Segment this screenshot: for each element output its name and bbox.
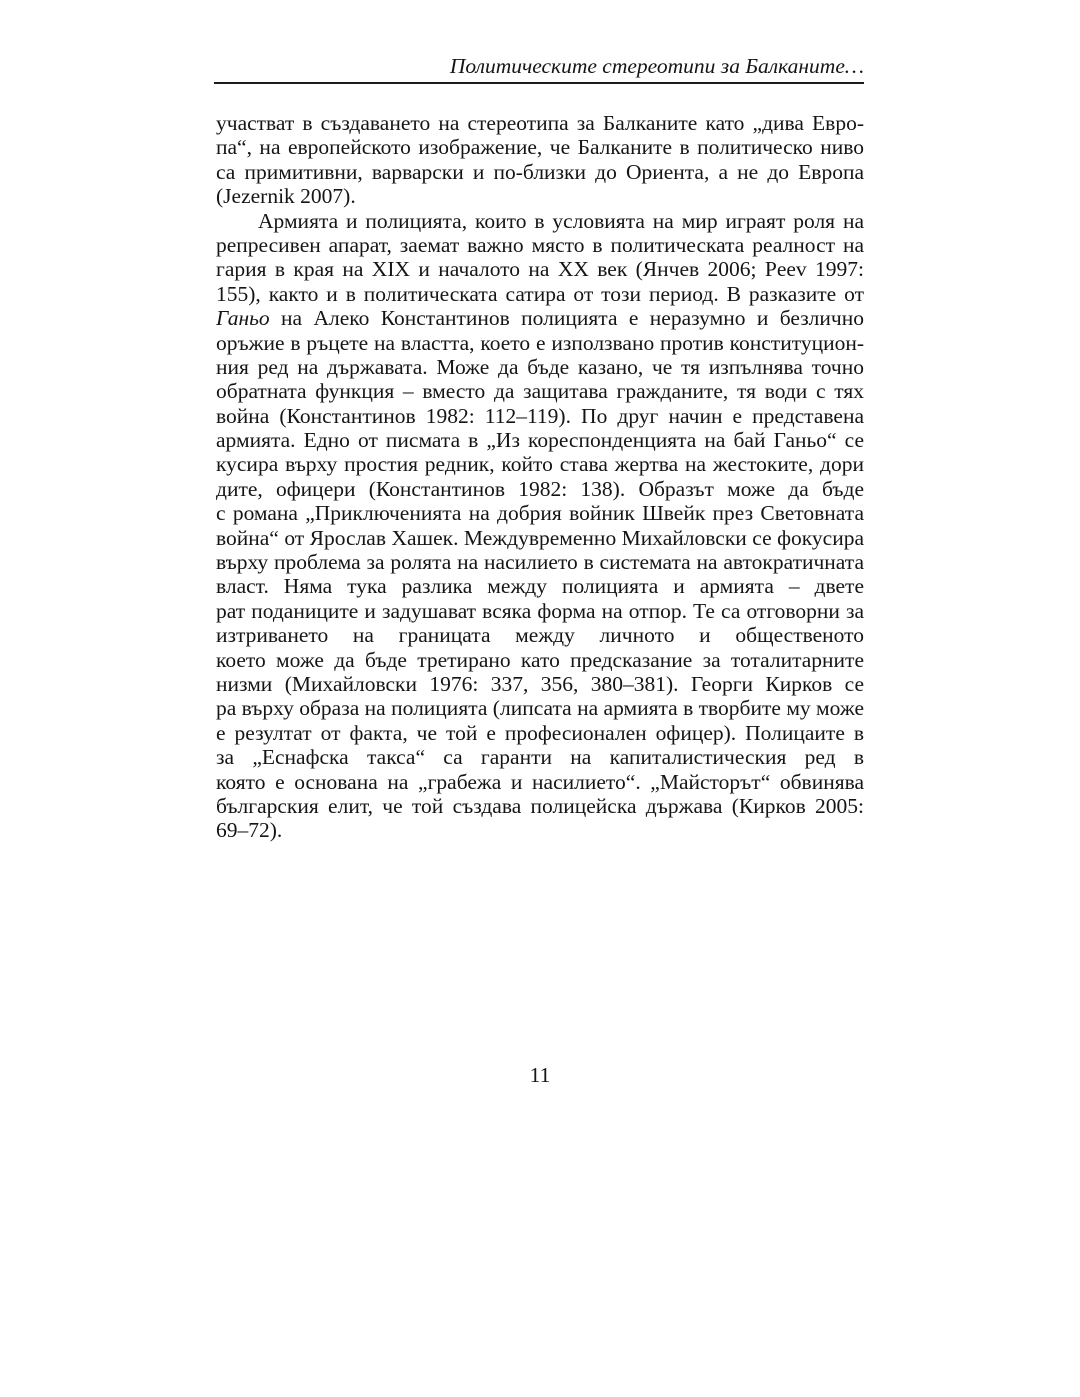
text-run: рат поданиците и задушават всяка форма н… <box>216 599 864 623</box>
text-line: низми (Михайловски 1976: 337, 356, 380–3… <box>216 672 864 696</box>
text-line: репресивен апарат, заемат важно място в … <box>216 233 864 257</box>
text-run: репресивен апарат, заемат важно място в … <box>216 233 864 257</box>
text-run: война (Константинов 1982: 112–119). По д… <box>216 404 864 428</box>
text-run: (Jezernik 2007). <box>216 184 356 208</box>
text-line: ра върху образа на полицията (липсата на… <box>216 696 864 720</box>
text-run: гария в края на XIX и началото на XX век… <box>216 257 864 281</box>
text-line: участват в създаването на стереотипа за … <box>216 111 864 135</box>
text-line: война (Константинов 1982: 112–119). По д… <box>216 404 864 428</box>
text-line: обратната функция – вместо да защитава г… <box>216 379 864 403</box>
text-run: на Алеко Константинов полицията е неразу… <box>270 306 864 330</box>
text-run: с романа „Приключенията на добрия войник… <box>216 501 864 525</box>
text-run: изтриването на границата между личното и… <box>216 623 864 647</box>
text-line: армията. Едно от писмата в „Из кореспонд… <box>216 428 864 452</box>
page-number: 11 <box>216 1063 864 1088</box>
text-line: 155), както и в политическата сатира от … <box>216 282 864 306</box>
text-run: 69–72). <box>216 818 282 842</box>
text-run: върху проблема за ролята на насилието в … <box>216 550 864 574</box>
text-run: кусира върху простия редник, който става… <box>216 452 864 476</box>
text-line: гария в края на XIX и началото на XX век… <box>216 257 864 281</box>
text-line: оръжие в ръцете на властта, което е изпо… <box>216 331 864 355</box>
italic-text-run: Ганьо <box>216 306 270 330</box>
text-run: българския елит, че той създава полицейс… <box>216 794 864 818</box>
text-line: 69–72). <box>216 818 864 842</box>
text-line: са примитивни, варварски и по-близки до … <box>216 160 864 184</box>
text-run: оръжие в ръцете на властта, което е изпо… <box>216 331 864 355</box>
text-line: българския елит, че той създава полицейс… <box>216 794 864 818</box>
text-line: власт. Няма тука разлика между полицията… <box>216 574 864 598</box>
document-page: Политическите стереотипи за Балканите… у… <box>0 0 1080 1397</box>
text-run: дите, офицери (Константинов 1982: 138). … <box>216 477 864 501</box>
text-line: с романа „Приключенията на добрия войник… <box>216 501 864 525</box>
text-line: ния ред на държавата. Може да бъде казан… <box>216 355 864 379</box>
text-line: за „Еснафска такса“ са гаранти на капита… <box>216 745 864 769</box>
text-line: рат поданиците и задушават всяка форма н… <box>216 599 864 623</box>
text-line: война“ от Ярослав Хашек. Междувременно М… <box>216 526 864 550</box>
text-run: която е основана на „грабежа и насилието… <box>216 770 864 794</box>
text-run: което може да бъде третирано като предск… <box>216 648 864 672</box>
body-text: участват в създаването на стереотипа за … <box>216 111 864 843</box>
text-line: изтриването на границата между личното и… <box>216 623 864 647</box>
text-run: за „Еснафска такса“ са гаранти на капита… <box>216 745 864 769</box>
text-line: (Jezernik 2007). <box>216 184 864 208</box>
text-line: кусира върху простия редник, който става… <box>216 452 864 476</box>
text-run: низми (Михайловски 1976: 337, 356, 380–3… <box>216 672 864 696</box>
running-header: Политическите стереотипи за Балканите… <box>214 54 864 84</box>
text-line: дите, офицери (Константинов 1982: 138). … <box>216 477 864 501</box>
text-run: ра върху образа на полицията (липсата на… <box>216 696 864 720</box>
text-line: е резултат от факта, че той е професиона… <box>216 721 864 745</box>
text-line: Армията и полицията, които в условията н… <box>216 209 864 233</box>
text-run: война“ от Ярослав Хашек. Междувременно М… <box>216 526 864 550</box>
text-run: власт. Няма тука разлика между полицията… <box>216 574 864 598</box>
text-run: ния ред на държавата. Може да бъде казан… <box>216 355 864 379</box>
text-run: армията. Едно от писмата в „Из кореспонд… <box>216 428 864 452</box>
text-run: па“, на европейското изображение, че Бал… <box>216 135 864 159</box>
text-line: па“, на европейското изображение, че Бал… <box>216 135 864 159</box>
text-run: обратната функция – вместо да защитава г… <box>216 379 864 403</box>
text-run: Армията и полицията, които в условията н… <box>258 209 864 233</box>
running-header-title: Политическите стереотипи за Балканите… <box>450 54 864 78</box>
text-run: участват в създаването на стереотипа за … <box>216 111 864 135</box>
text-line: върху проблема за ролята на насилието в … <box>216 550 864 574</box>
text-run: е резултат от факта, че той е професиона… <box>216 721 864 745</box>
text-line: Ганьо на Алеко Константинов полицията е … <box>216 306 864 330</box>
text-run: 155), както и в политическата сатира от … <box>216 282 864 306</box>
text-line: която е основана на „грабежа и насилието… <box>216 770 864 794</box>
text-run: са примитивни, варварски и по-близки до … <box>216 160 864 184</box>
text-line: което може да бъде третирано като предск… <box>216 648 864 672</box>
